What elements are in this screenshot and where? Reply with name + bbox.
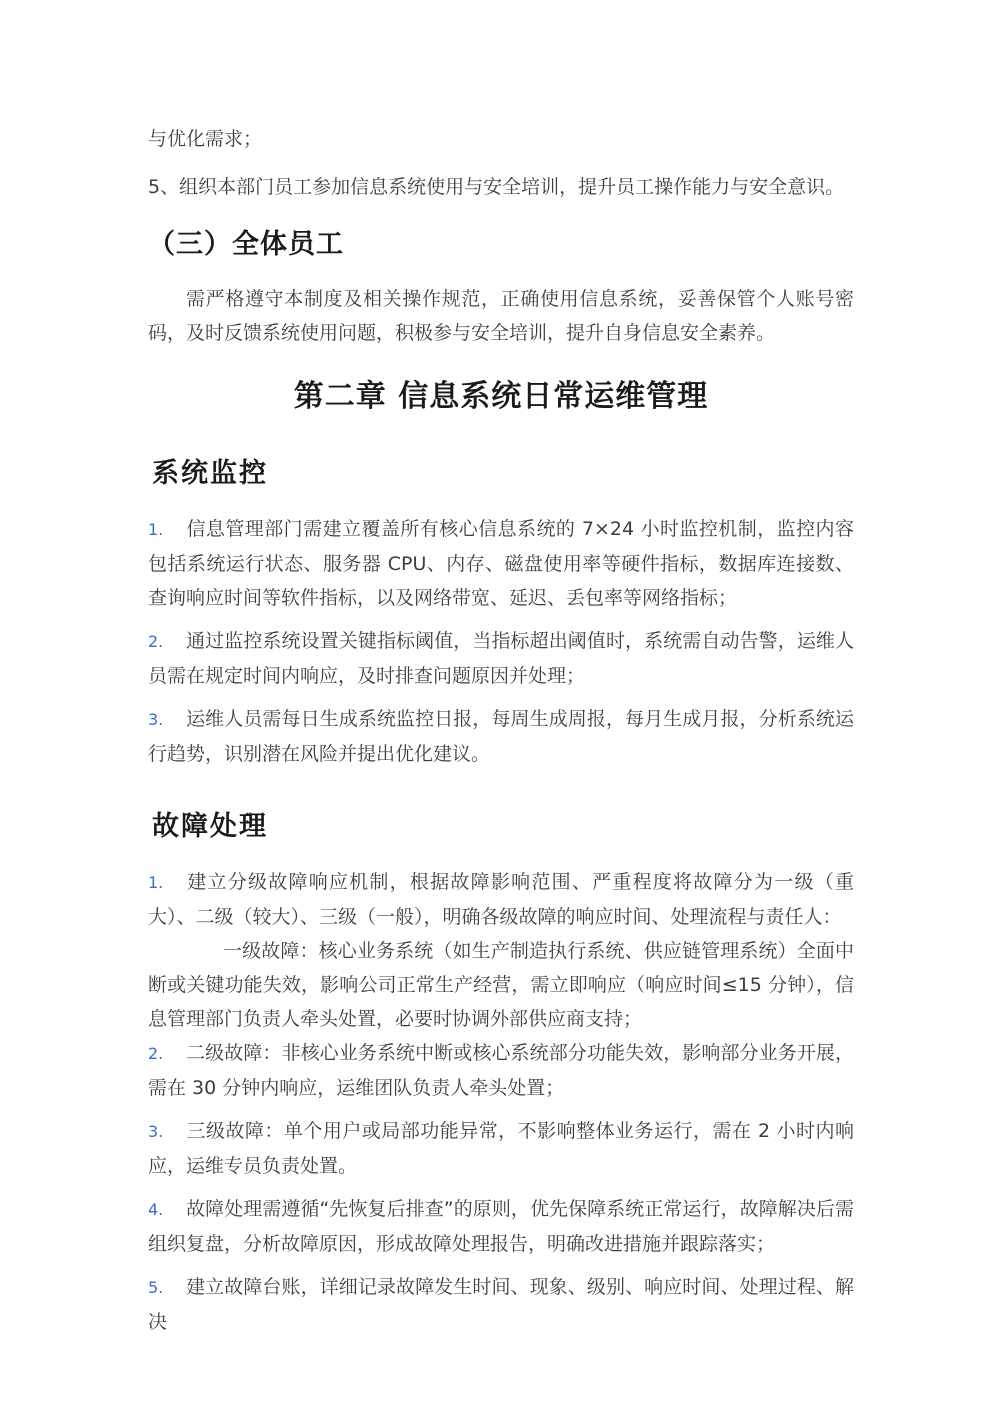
- list-item: 4.故障处理需遵循“先恢复后排查”的原则，优先保障系统正常运行，故障解决后需组织…: [148, 1192, 854, 1261]
- intro-line-item5: 5、组织本部门员工参加信息系统使用与安全培训，提升员工操作能力与安全意识。: [148, 170, 854, 204]
- fault-level1-subparagraph: 一级故障：核心业务系统（如生产制造执行系统、供应链管理系统）全面中断或关键功能失…: [148, 934, 854, 1036]
- list-item: 1.建立分级故障响应机制，根据故障影响范围、严重程度将故障分为一级（重大）、二级…: [148, 865, 854, 934]
- heading-fault-handling: 故障处理: [152, 809, 854, 845]
- list-number: 2.: [148, 625, 186, 659]
- list-item-text: 三级故障：单个用户或局部功能异常，不影响整体业务运行，需在 2 小时内响应，运维…: [148, 1120, 854, 1177]
- list-item: 2.二级故障：非核心业务系统中断或核心系统部分功能失效，影响部分业务开展，需在 …: [148, 1036, 854, 1105]
- list-item: 2.通过监控系统设置关键指标阈值，当指标超出阈值时，系统需自动告警，运维人员需在…: [148, 624, 854, 693]
- list-number: 2.: [148, 1037, 186, 1071]
- intro-line-continuation: 与优化需求；: [148, 122, 854, 156]
- fault-list: 1.建立分级故障响应机制，根据故障影响范围、严重程度将故障分为一级（重大）、二级…: [148, 865, 854, 1339]
- list-item: 3.三级故障：单个用户或局部功能异常，不影响整体业务运行，需在 2 小时内响应，…: [148, 1114, 854, 1183]
- all-staff-paragraph: 需严格遵守本制度及相关操作规范，正确使用信息系统，妥善保管个人账号密码，及时反馈…: [148, 282, 854, 350]
- list-number: 1.: [148, 513, 186, 547]
- monitoring-list: 1.信息管理部门需建立覆盖所有核心信息系统的 7×24 小时监控机制，监控内容包…: [148, 512, 854, 771]
- heading-system-monitoring: 系统监控: [152, 456, 854, 492]
- list-item-text: 通过监控系统设置关键指标阈值，当指标超出阈值时，系统需自动告警，运维人员需在规定…: [148, 630, 854, 687]
- list-number: 4.: [148, 1193, 186, 1227]
- list-item-text: 故障处理需遵循“先恢复后排查”的原则，优先保障系统正常运行，故障解决后需组织复盘…: [148, 1198, 854, 1255]
- document-page: 与优化需求； 5、组织本部门员工参加信息系统使用与安全培训，提升员工操作能力与安…: [0, 0, 1000, 1414]
- chapter-title: 第二章 信息系统日常运维管理: [148, 376, 854, 418]
- list-item-text: 二级故障：非核心业务系统中断或核心系统部分功能失效，影响部分业务开展，需在 30…: [148, 1042, 854, 1099]
- list-number: 3.: [148, 1115, 186, 1149]
- list-item: 3.运维人员需每日生成系统监控日报，每周生成周报，每月生成月报，分析系统运行趋势…: [148, 702, 854, 771]
- list-item: 1.信息管理部门需建立覆盖所有核心信息系统的 7×24 小时监控机制，监控内容包…: [148, 512, 854, 615]
- list-number: 1.: [148, 866, 186, 900]
- list-item-text: 建立分级故障响应机制，根据故障影响范围、严重程度将故障分为一级（重大）、二级（较…: [148, 871, 854, 928]
- list-number: 5.: [148, 1271, 186, 1305]
- list-number: 3.: [148, 703, 186, 737]
- list-item: 5.建立故障台账，详细记录故障发生时间、现象、级别、响应时间、处理过程、解决: [148, 1270, 854, 1339]
- heading-all-staff: （三）全体员工: [148, 228, 854, 262]
- list-item-text: 信息管理部门需建立覆盖所有核心信息系统的 7×24 小时监控机制，监控内容包括系…: [148, 518, 854, 609]
- list-item-text: 建立故障台账，详细记录故障发生时间、现象、级别、响应时间、处理过程、解决: [148, 1276, 854, 1333]
- list-item-text: 运维人员需每日生成系统监控日报，每周生成周报，每月生成月报，分析系统运行趋势，识…: [148, 708, 854, 765]
